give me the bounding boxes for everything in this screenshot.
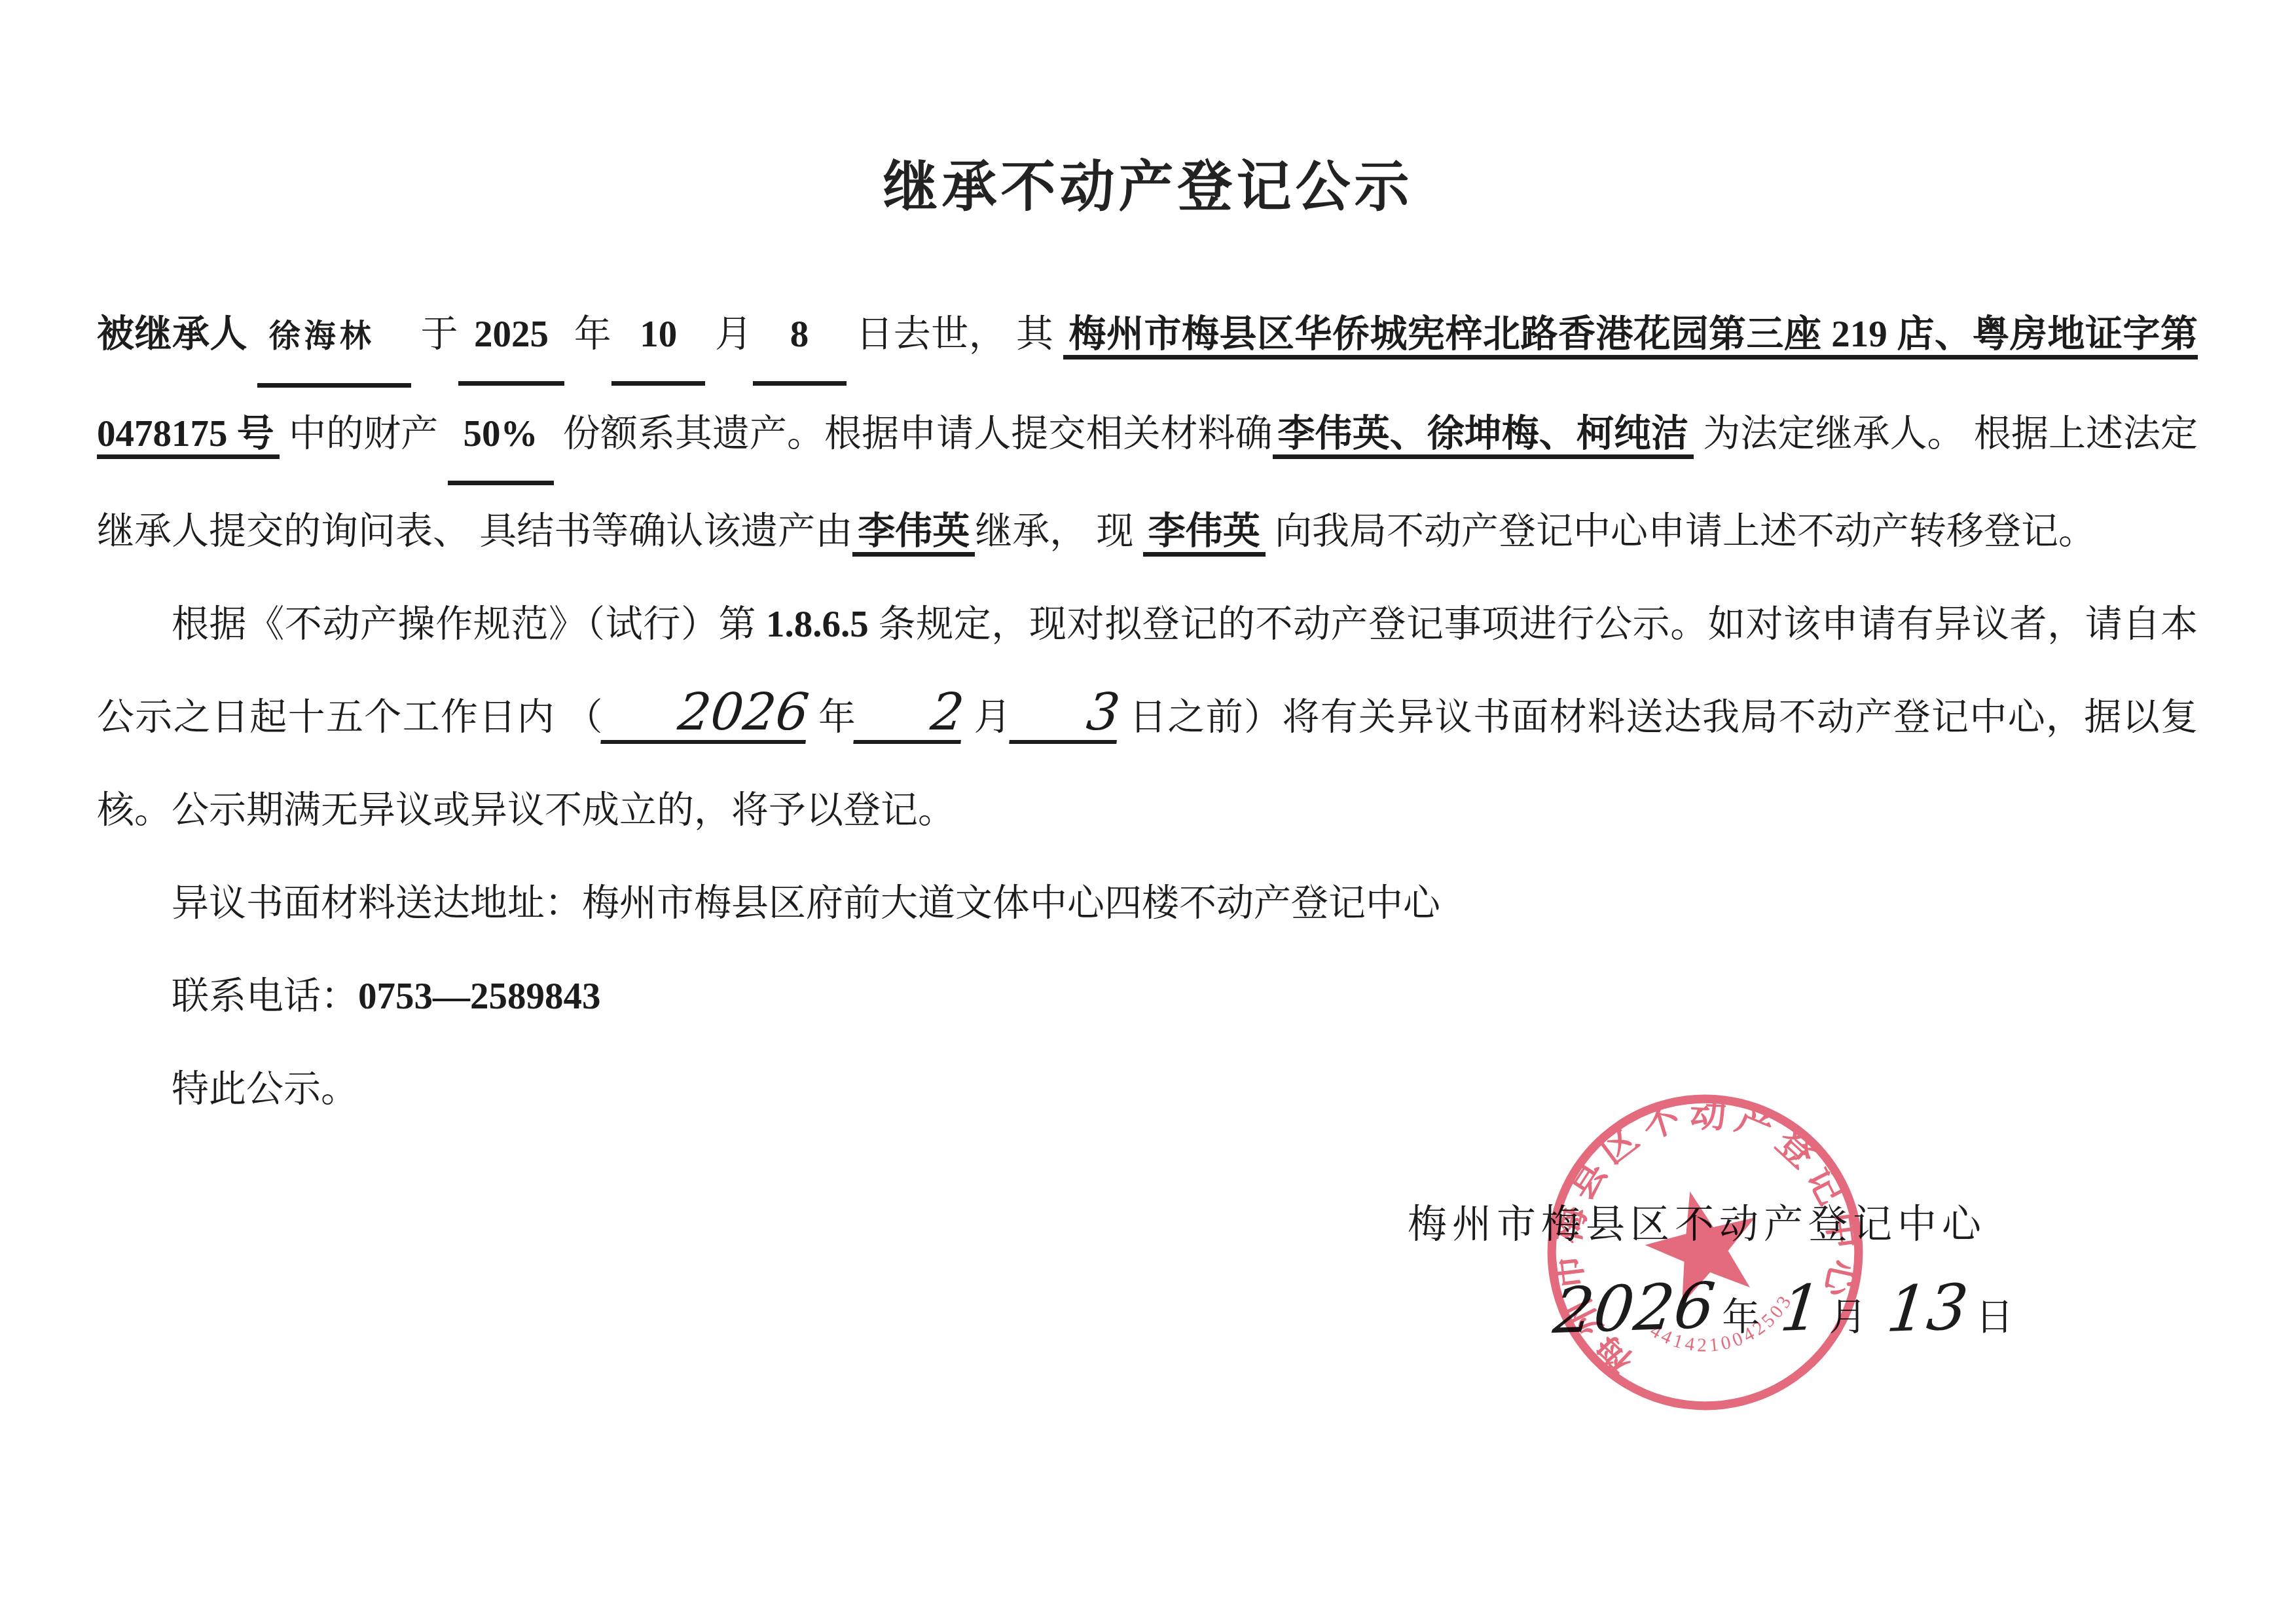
text-segment: 日: [1976, 1296, 2014, 1338]
text-segment: 年: [564, 314, 611, 355]
text-segment: 李伟英、徐坤梅、柯纯洁: [1273, 413, 1694, 459]
text-segment: 向我局不动产登记中心申请上述不动产转移登记。: [1266, 511, 2096, 552]
text-segment: 异议书面材料送达地址：梅州市梅县区府前大道文体中心四楼不动产登记中心: [172, 883, 1440, 924]
text-segment: 0753—2589843: [358, 976, 601, 1017]
text-segment: 年: [808, 697, 856, 738]
text-segment: 中的财产: [280, 413, 448, 454]
paragraph-closing: 特此公示。: [97, 1043, 2198, 1136]
document-body: 被继承人 徐海林 于2025 年10 月8 日去世， 其 梅州市梅县区华侨城宪梓…: [97, 288, 2198, 1136]
text-segment: 月: [705, 314, 752, 355]
text-segment: 特此公示。: [172, 1069, 358, 1110]
text-segment: 日去世， 其: [847, 314, 1064, 355]
text-segment: 13: [1884, 1270, 1972, 1346]
text-segment: 1.8.6.5: [766, 604, 869, 645]
text-segment: 联系电话：: [172, 976, 358, 1017]
signature-date: 2026年1月13日: [1550, 1272, 2031, 1345]
text-segment: 继承， 现: [975, 511, 1143, 552]
paragraph-notice-rule: 根据《不动产操作规范》（试行）第 1.8.6.5 条规定，现对拟登记的不动产登记…: [97, 578, 2198, 857]
text-segment: 月: [1829, 1296, 1867, 1338]
text-segment: 徐海林: [257, 290, 411, 388]
text-segment: 3: [1009, 685, 1122, 744]
text-segment: 2: [854, 685, 967, 744]
paragraph-objection-address: 异议书面材料送达地址：梅州市梅县区府前大道文体中心四楼不动产登记中心: [97, 857, 2198, 950]
document-title: 继承不动产登记公示: [0, 143, 2296, 222]
text-segment: 于: [411, 314, 458, 355]
signature-organization: 梅州市梅县区不动产登记中心: [1408, 1193, 1986, 1249]
text-segment: 10: [611, 288, 705, 386]
paragraph-main: 被继承人 徐海林 于2025 年10 月8 日去世， 其 梅州市梅县区华侨城宪梓…: [97, 288, 2198, 578]
paragraph-contact-phone: 联系电话：0753—2589843: [97, 950, 2198, 1043]
text-segment: 被继承人: [97, 314, 257, 355]
text-segment: 根据《不动产操作规范》（试行）第: [172, 604, 766, 645]
text-segment: 8: [753, 288, 847, 386]
text-segment: 年: [1722, 1296, 1760, 1338]
text-segment: 份额系其遗产。根据申请人提交相关材料确: [554, 413, 1273, 454]
text-segment: 1: [1777, 1271, 1825, 1346]
scanned-document-page: 继承不动产登记公示 被继承人 徐海林 于2025 年10 月8 日去世， 其 梅…: [0, 0, 2296, 1624]
text-segment: 2026: [1550, 1269, 1719, 1348]
text-segment: 50%: [448, 388, 554, 485]
text-segment: 2025: [458, 288, 564, 386]
text-segment: 2026: [600, 685, 811, 744]
text-segment: 李伟英: [1143, 511, 1266, 557]
text-segment: 月: [964, 697, 1012, 738]
text-segment: 李伟英: [852, 511, 975, 557]
